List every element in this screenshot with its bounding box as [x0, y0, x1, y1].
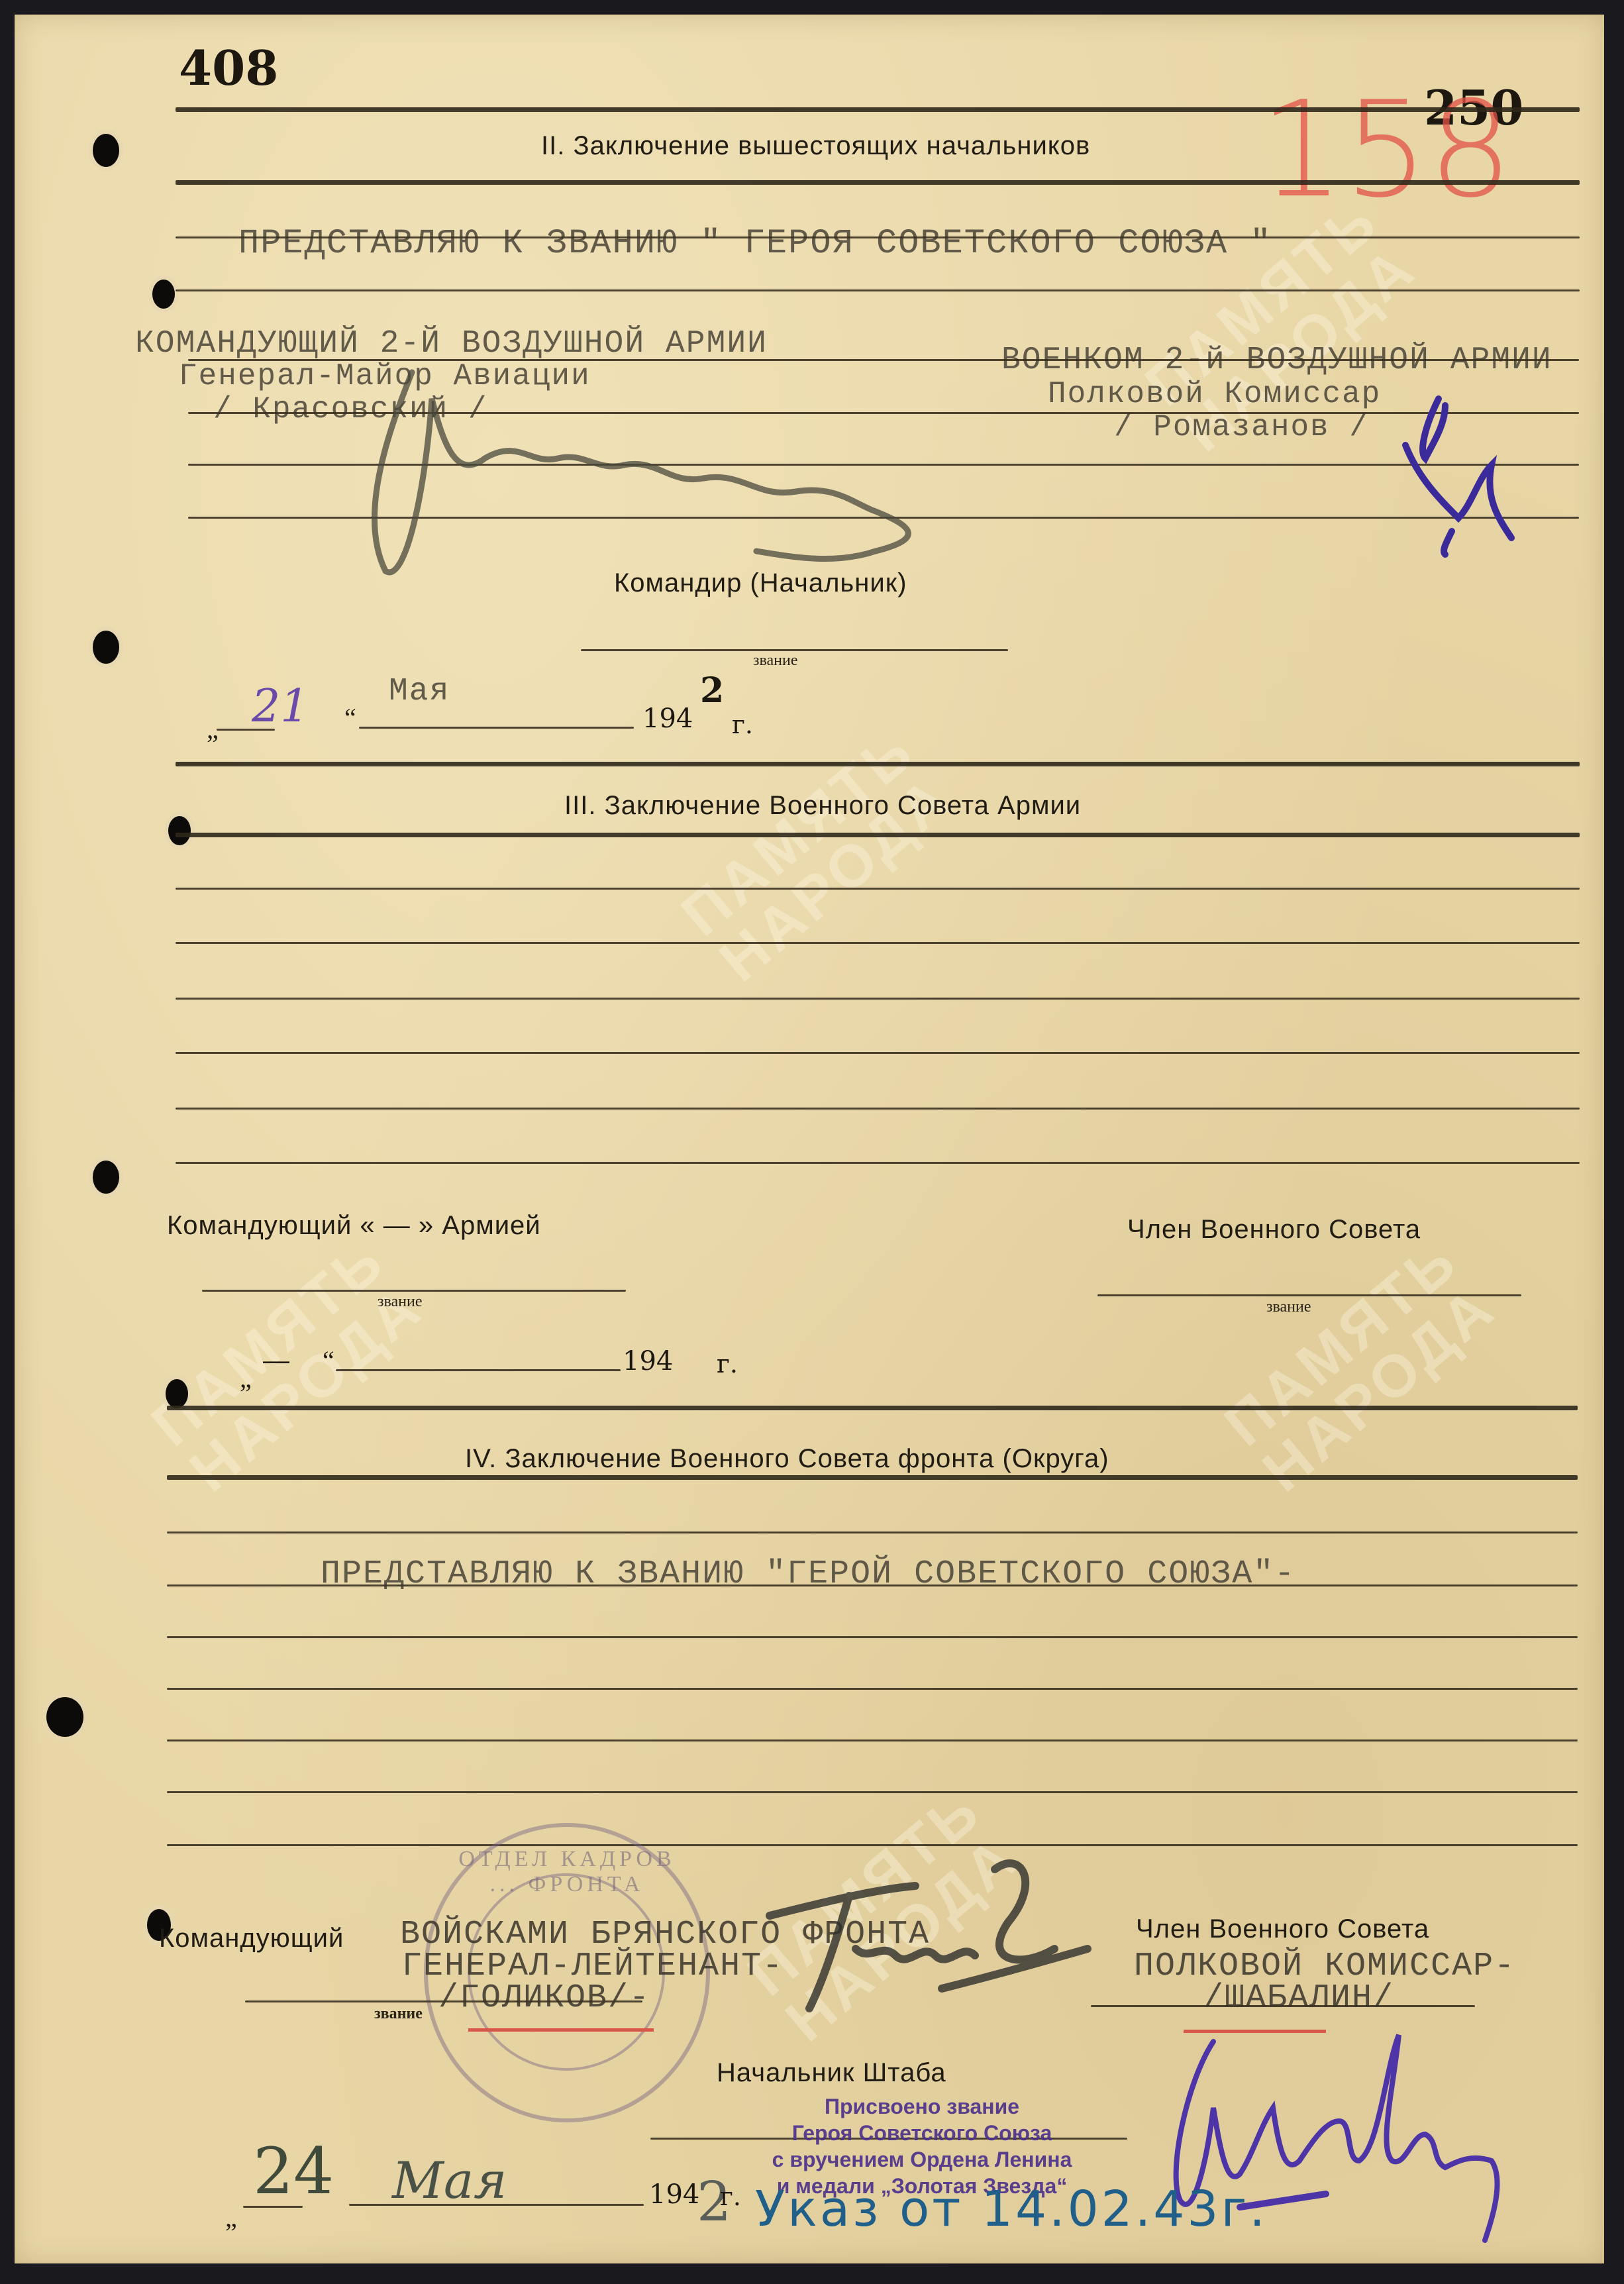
date-open-quote: „ [225, 2202, 238, 2233]
form-line [167, 1531, 1578, 1533]
red-underline-golikov [468, 2028, 654, 2032]
section-2-heading: II. Заключение вышестоящих начальников [541, 131, 1090, 161]
divider [176, 107, 1580, 112]
right-signatory-name: / Ромазанов / [1114, 410, 1369, 444]
front-commander-label: Командующий [159, 1924, 344, 1953]
commander-label: Командир (Начальник) [614, 568, 907, 598]
date-year-prefix: 194 [623, 1346, 673, 1376]
form-line [176, 1162, 1580, 1164]
award-stamp-line: с вручением Ордена Ленина [730, 2146, 1114, 2173]
binder-hole [166, 1379, 188, 1408]
award-stamp-line: Героя Советского Союза [730, 2120, 1114, 2146]
binder-hole [168, 816, 191, 845]
date-day: — [263, 1346, 290, 1376]
front-commander-name: /ГОЛИКОВ/- [438, 1979, 650, 2017]
form-line [167, 1739, 1578, 1741]
date-year-suffix: 2 [700, 670, 724, 711]
date-year-abbr: г. [732, 710, 753, 739]
binder-hole [46, 1697, 83, 1737]
signature-romazanov [1379, 386, 1551, 558]
front-council-member-label: Член Военного Совета [1136, 1914, 1429, 1944]
council-member-label: Член Военного Совета [1127, 1215, 1421, 1245]
rank-caption: звание [1266, 1298, 1311, 1316]
form-line [176, 1052, 1580, 1054]
form-line [167, 1844, 1578, 1846]
form-line [176, 942, 1580, 944]
section-2-recommendation: ПРЕДСТАВЛЯЮ К ЗВАНИЮ " ГЕРОЯ СОВЕТСКОГО … [238, 224, 1272, 263]
date-day: 24 [253, 2134, 334, 2208]
divider [176, 833, 1580, 837]
date-close-quote: “ [323, 1345, 335, 1376]
right-signatory-rank: Полковой Комиссар [1048, 377, 1381, 411]
signature-golikov [743, 1856, 1114, 2028]
form-line [176, 289, 1580, 291]
rank-line [245, 2000, 642, 2002]
rank-line [1091, 2005, 1475, 2007]
form-line [167, 1791, 1578, 1793]
form-line [167, 1688, 1578, 1690]
binder-hole [93, 134, 119, 167]
date-month-line [359, 727, 634, 729]
date-open-quote: „ [240, 1363, 252, 1394]
left-signatory-title: КОМАНДУЮЩИЙ 2-Й ВОЗДУШНОЙ АРМИИ [135, 326, 768, 362]
form-line [176, 236, 1580, 238]
divider [167, 1475, 1578, 1480]
award-stamp-line: Присвоено звание [730, 2093, 1114, 2120]
date-year-abbr: г. [717, 1349, 738, 1378]
rank-caption: звание [753, 652, 798, 670]
date-year-prefix: 194 [649, 2179, 699, 2210]
date-year-abbr: г. [720, 2182, 741, 2211]
binder-hole [152, 280, 175, 309]
rank-line [202, 1290, 626, 1292]
form-line [176, 1108, 1580, 1110]
date-month: Мая [392, 2151, 507, 2210]
rank-caption: звание [374, 2005, 423, 2023]
front-council-member-name: /ШАБАЛИН/ [1203, 1979, 1394, 2017]
watermark: ПАМЯТЬНАРОДА [672, 719, 964, 992]
date-month-line [336, 1369, 621, 1371]
section-4-recommendation: ПРЕДСТАВЛЯЮ К ЗВАНИЮ "ГЕРОЙ СОВЕТСКОГО С… [321, 1555, 1295, 1593]
date-month: Мая [389, 674, 450, 709]
rank-line [1097, 1294, 1521, 1296]
date-close-quote: “ [344, 702, 357, 733]
signature-krasovsky [332, 359, 955, 584]
army-commander-label: Командующий « — » Армией [167, 1211, 541, 1241]
form-line [176, 888, 1580, 890]
date-day: 21 [252, 680, 309, 733]
form-line [176, 998, 1580, 1000]
rank-line [581, 649, 1008, 651]
form-line [167, 1636, 1578, 1638]
date-month-line [349, 2204, 644, 2206]
decree-note: Указ от 14.02.43г. [755, 2181, 1268, 2238]
seal-text: ОТДЕЛ КАДРОВ ... ФРОНТА [454, 1847, 680, 1897]
section-4-heading: IV. Заключение Военного Совета фронта (О… [465, 1444, 1109, 1474]
divider [176, 180, 1580, 185]
date-day-line [243, 2206, 303, 2208]
red-pencil-number: 158 [1260, 73, 1513, 227]
divider [167, 1406, 1578, 1410]
binder-hole [93, 1161, 119, 1194]
date-year-prefix: 194 [642, 703, 693, 734]
page-number-left: 408 [179, 40, 278, 96]
divider [176, 762, 1580, 766]
rank-caption: звание [378, 1293, 423, 1311]
binder-hole [93, 631, 119, 664]
watermark: ПАМЯТЬНАРОДА [1215, 1229, 1507, 1502]
date-day-line [217, 729, 275, 731]
section-3-heading: III. Заключение Военного Совета Армии [564, 791, 1081, 821]
award-document-page: ПАМЯТЬНАРОДА ПАМЯТЬНАРОДА ПАМЯТЬНАРОДА П… [15, 15, 1604, 2263]
form-line [167, 1584, 1578, 1586]
chief-of-staff-label: Начальник Штаба [717, 2058, 946, 2088]
